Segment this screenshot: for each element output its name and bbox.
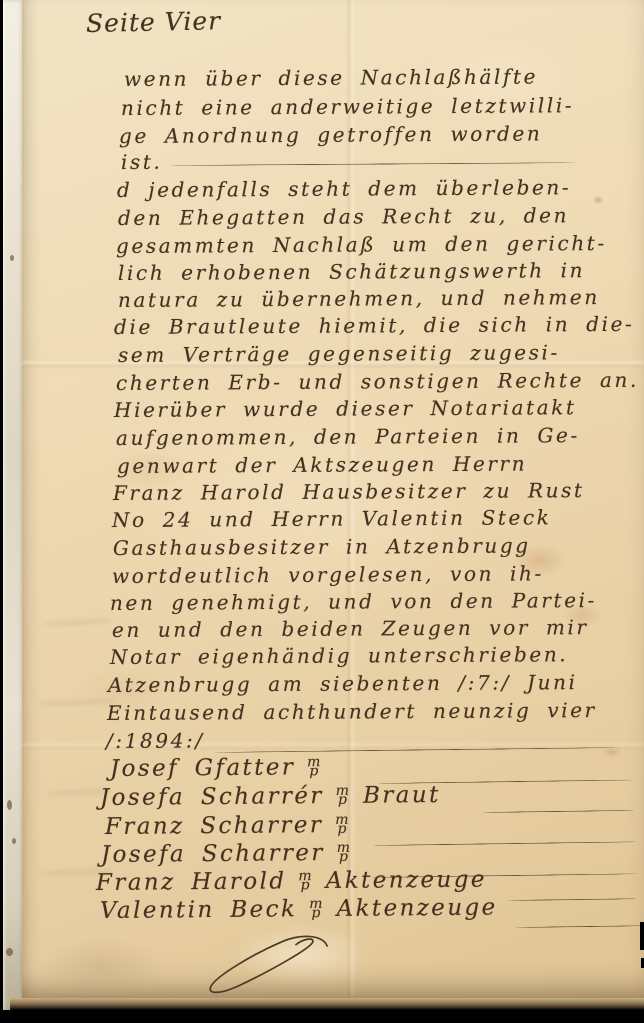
scan-edge-notch [640,922,644,950]
signature-name: Josefa Scharrér [100,783,324,811]
signature-role: Aktenzeuge [326,867,487,894]
signature-row: Franz Harold mp Aktenzeuge [96,867,487,896]
manuscript-line: nen genehmigt, und von den Partei- [110,588,597,615]
manuscript-line: aufgenommen, den Parteien in Ge- [116,423,580,450]
manuscript-line: Notar eigenhändig unterschrieben. [110,642,568,669]
manuscript-line: den Ehegatten das Recht zu, den [118,203,569,230]
ghost-writing-smudge [37,699,117,707]
paraph-flourish-icon [198,929,341,998]
manuscript-line: Gasthausbesitzer in Atzenbrugg [113,533,531,560]
signature-role: Braut [363,782,441,809]
signature-role: Aktenzeuge [336,895,497,922]
signature-name: Valentin Beck [100,896,297,924]
signature-name: Josefa Scharrer [101,840,325,868]
signature-row: Josefa Scharrer mp [101,840,364,868]
manuscript-line: Hierüber wurde dieser Notariatakt [114,395,577,422]
signature-row: Valentin Beck mp Aktenzeuge [100,895,498,924]
signature-name: Franz Scharrer [105,812,323,840]
manuscript-line: wenn über diese Nachlaßhälfte [124,64,538,91]
signature-row: Josef Gfatter mp [110,754,335,782]
manuscript-line: d jedenfalls steht dem überleben- [117,175,571,202]
manuscript-line: cherten Erb- und sonstigen Rechte an. [116,368,639,395]
paper-speck [6,948,13,956]
manuscript-line: wortdeutlich vorgelesen, von ih- [112,561,544,588]
manuscript-line: No 24 und Herrn Valentin Steck [112,505,552,532]
signature-row: Franz Scharrer mp [105,812,363,840]
signature-name: Josef Gfatter [110,754,295,782]
manu-propria-mark: mp [335,816,348,834]
manuscript-line: en und den beiden Zeugen vor mir [112,615,589,642]
manuscript-line: nicht eine anderweitige letztwilli- [121,93,574,120]
manuscript-line: sem Verträge gegenseitig zugesi- [118,340,560,367]
page-title: Seite Vier [86,6,222,38]
manuscript-line: Franz Harold Hausbesitzer zu Rust [113,478,585,505]
manuscript-line: lich erhobenen Schätzungswerth in [118,258,585,285]
paper-bottom-edge [10,998,644,1010]
scanned-document: Seite Vier wenn über diese Nachlaßhälfte… [0,0,644,1023]
manu-propria-mark: mp [309,900,322,918]
manuscript-line: ge Anordnung getroffen worden [119,121,542,148]
manuscript-line: genwart der Aktszeugen Herrn [117,451,527,478]
paper-speck [10,255,14,261]
manuscript-line: die Brautleute hiemit, die sich in die- [114,312,635,339]
manu-propria-mark: mp [336,787,349,805]
manuscript-line: gesammten Nachlaß um den gericht- [116,231,607,258]
manuscript-line: natura zu übernehmen, und nehmen [118,285,600,312]
manuscript-line: Atzenbrugg am siebenten /:7:/ Juni [108,670,578,697]
manu-propria-mark: mp [298,872,311,890]
manu-propria-mark: mp [337,844,350,862]
paper-speck [12,838,16,844]
manu-propria-mark: mp [307,758,320,776]
manuscript-line: Eintausend achthundert neunzig vier [107,698,597,725]
ghost-writing-smudge [42,618,112,627]
signature-row: Josefa Scharrér mp Braut [100,782,441,811]
manuscript-line: ist. [121,150,163,174]
manuscript-line: /:1894:/ [106,728,205,753]
paper-speck [7,800,12,810]
signature-name: Franz Harold [96,868,287,896]
